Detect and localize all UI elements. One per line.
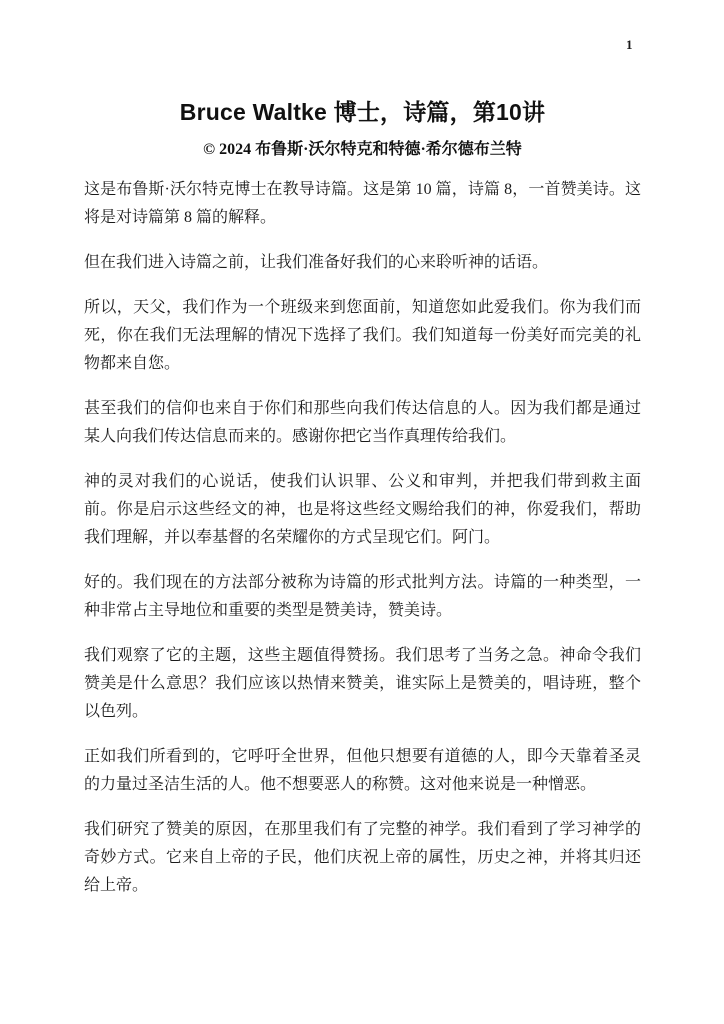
paragraph-prayer-2: 甚至我们的信仰也来自于你们和那些向我们传达信息的人。因为我们都是通过某人向我们传… bbox=[84, 395, 641, 451]
paragraph-prayer-1: 所以，天父，我们作为一个班级来到您面前，知道您如此爱我们。你为我们而死，你在我们… bbox=[84, 294, 641, 378]
paragraph-prayer-3: 神的灵对我们的心说话，使我们认识罪、公义和审判，并把我们带到救主面前。你是启示这… bbox=[84, 468, 641, 552]
document-body: 这是布鲁斯·沃尔特克博士在教导诗篇。这是第 10 篇，诗篇 8，一首赞美诗。这将… bbox=[84, 176, 641, 917]
page-number: 1 bbox=[626, 37, 633, 53]
paragraph-prayer-invite: 但在我们进入诗篇之前，让我们准备好我们的心来聆听神的话语。 bbox=[84, 249, 641, 277]
paragraph-method: 好的。我们现在的方法部分被称为诗篇的形式批判方法。诗篇的一种类型，一种非常占主导… bbox=[84, 569, 641, 625]
paragraph-intro: 这是布鲁斯·沃尔特克博士在教导诗篇。这是第 10 篇，诗篇 8，一首赞美诗。这将… bbox=[84, 176, 641, 232]
paragraph-theology: 我们研究了赞美的原因，在那里我们有了完整的神学。我们看到了学习神学的奇妙方式。它… bbox=[84, 816, 641, 900]
paragraph-themes: 我们观察了它的主题，这些主题值得赞扬。我们思考了当务之急。神命令我们赞美是什么意… bbox=[84, 642, 641, 726]
paragraph-moral: 正如我们所看到的，它呼吁全世界，但他只想要有道德的人，即今天靠着圣灵的力量过圣洁… bbox=[84, 743, 641, 799]
copyright-line: © 2024 布鲁斯·沃尔特克和特德·希尔德布兰特 bbox=[84, 136, 641, 159]
document-title: Bruce Waltke 博士，诗篇，第10讲 bbox=[84, 97, 641, 127]
document-page: 1 Bruce Waltke 博士，诗篇，第10讲 © 2024 布鲁斯·沃尔特… bbox=[0, 0, 724, 1024]
